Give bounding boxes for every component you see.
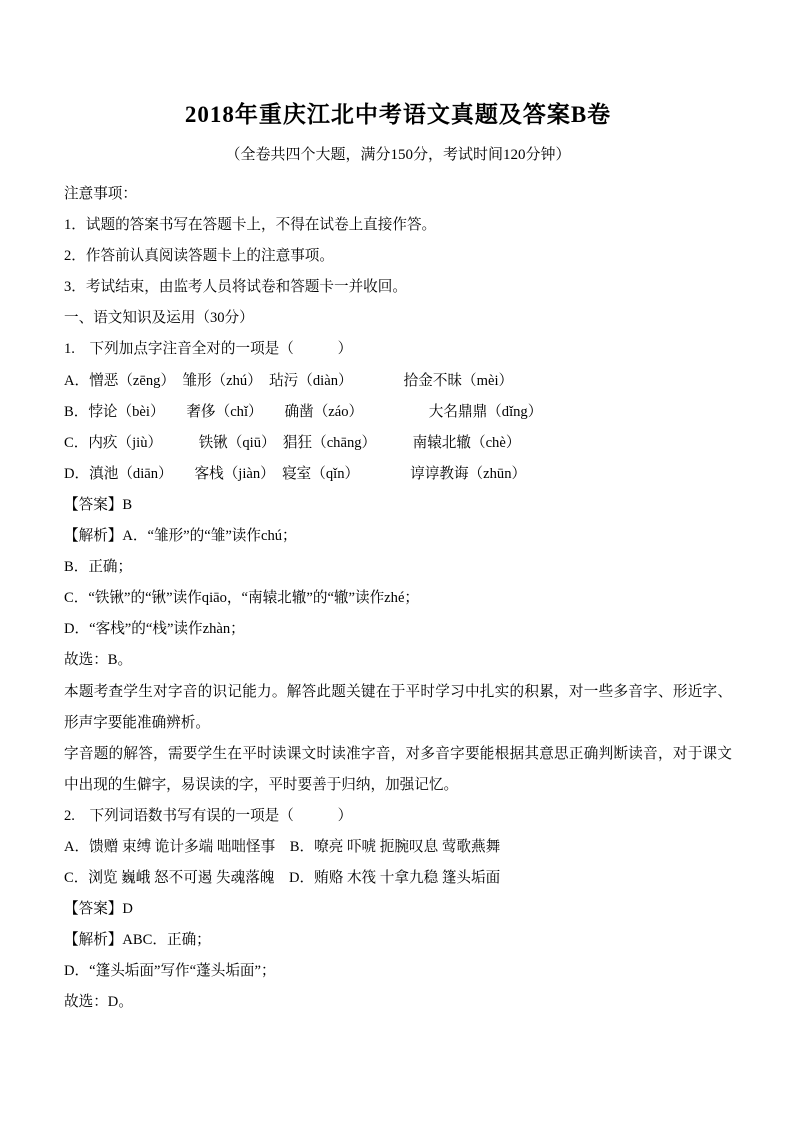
document-subtitle: （全卷共四个大题，满分150分，考试时间120分钟） [64,142,732,168]
q1-commentary-1: 本题考查学生对字音的识记能力。解答此题关键在于平时学习中扎实的积累，对一些多音字… [64,677,732,739]
q1-option-a: A．憎恶（zēng） 雏形（zhú） 玷污（diàn） 拾金不昧（mèi） [64,366,732,397]
document-title: 2018年重庆江北中考语文真题及答案B卷 [64,100,732,130]
q2-options-ab: A．馈赠 束缚 诡计多端 咄咄怪事 B．嘹亮 吓唬 扼腕叹息 莺歌燕舞 [64,832,732,863]
notice-item-1: 1．试题的答案书写在答题卡上，不得在试卷上直接作答。 [64,210,732,241]
notice-item-3: 3．考试结束，由监考人员将试卷和答题卡一并收回。 [64,272,732,303]
q1-option-c: C．内疚（jiù） 铁锹（qiū） 猖狂（chāng） 南辕北辙（chè） [64,428,732,459]
q2-analysis-conclusion: 故选：D。 [64,987,732,1018]
q2-stem: 2. 下列词语数书写有误的一项是（ ） [64,801,732,832]
q1-analysis-c: C．“铁锹”的“锹”读作qiāo，“南辕北辙”的“辙”读作zhé； [64,583,732,614]
q1-answer: 【答案】B [64,490,732,521]
q1-analysis-d: D．“客栈”的“栈”读作zhàn； [64,614,732,645]
q1-option-b: B．悖论（bèi） 奢侈（chǐ） 确凿（záo） 大名鼎鼎（dǐng） [64,397,732,428]
q1-commentary-2: 字音题的解答，需要学生在平时读课文时读准字音，对多音字要能根据其意思正确判断读音… [64,739,732,801]
q2-options-cd: C．浏览 巍峨 怒不可遏 失魂落魄 D．贿赂 木筏 十拿九稳 篷头垢面 [64,863,732,894]
q1-option-d: D．滇池（diān） 客栈（jiàn） 寝室（qǐn） 谆谆教诲（zhūn） [64,459,732,490]
notice-heading: 注意事项： [64,179,732,210]
notice-item-2: 2．作答前认真阅读答题卡上的注意事项。 [64,241,732,272]
q2-analysis-d: D．“篷头垢面”写作“蓬头垢面”； [64,956,732,987]
q1-stem: 1. 下列加点字注音全对的一项是（ ） [64,334,732,365]
q2-analysis-abc: 【解析】ABC．正确； [64,925,732,956]
q1-analysis-a: 【解析】A．“雏形”的“雏”读作chú； [64,521,732,552]
section-1-heading: 一、语文知识及运用（30分） [64,303,732,334]
q1-analysis-b: B．正确； [64,552,732,583]
exam-document-page: 2018年重庆江北中考语文真题及答案B卷 （全卷共四个大题，满分150分，考试时… [0,0,794,1123]
q2-answer: 【答案】D [64,894,732,925]
q1-analysis-conclusion: 故选：B。 [64,645,732,676]
